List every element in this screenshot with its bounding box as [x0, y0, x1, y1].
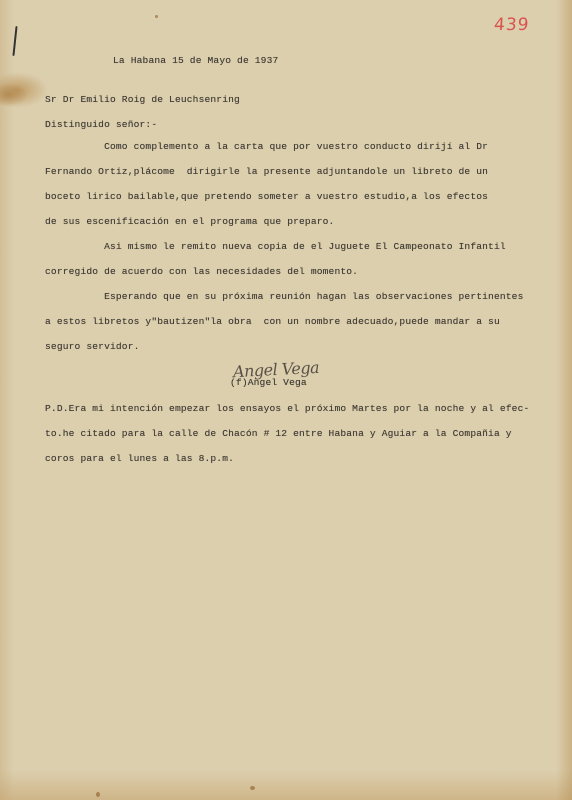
stain-spot — [155, 15, 158, 18]
body-line: Como complemento a la carta que por vues… — [45, 141, 488, 152]
stain-spot — [96, 792, 100, 797]
stain-spot — [250, 786, 255, 790]
recipient-line: Sr Dr Emilio Roig de Leuchsenring — [45, 94, 240, 105]
body-line: corregido de acuerdo con las necesidades… — [45, 266, 358, 277]
folio-number: 439 — [493, 15, 530, 35]
postscript-line: to.he citado para la calle de Chacón # 1… — [45, 428, 512, 439]
body-line: boceto lirico bailable,que pretendo some… — [45, 191, 488, 202]
body-line: Asi mismo le remito nueva copia de el Ju… — [45, 241, 506, 252]
postscript-line: coros para el lunes a las 8.p.m. — [45, 453, 234, 464]
body-line: de sus escenificación en el programa que… — [45, 216, 334, 227]
margin-pencil-mark — [12, 26, 17, 56]
salutation: Distinguido señor:- — [45, 119, 157, 130]
body-line: Fernando Ortiz,plácome dirigirle la pres… — [45, 166, 488, 177]
date-line: La Habana 15 de Mayo de 1937 — [113, 55, 278, 66]
postscript-line: P.D.Era mi intención empezar los ensayos… — [45, 403, 529, 414]
typed-signature: (f)Angel Vega — [230, 377, 307, 388]
body-line: a estos libretos y"bautizen"la obra con … — [45, 316, 500, 327]
letter-page: 439 La Habana 15 de Mayo de 1937 Sr Dr E… — [0, 0, 572, 800]
body-line: seguro servidor. — [45, 341, 140, 352]
body-line: Esperando que en su próxima reunión haga… — [45, 291, 523, 302]
